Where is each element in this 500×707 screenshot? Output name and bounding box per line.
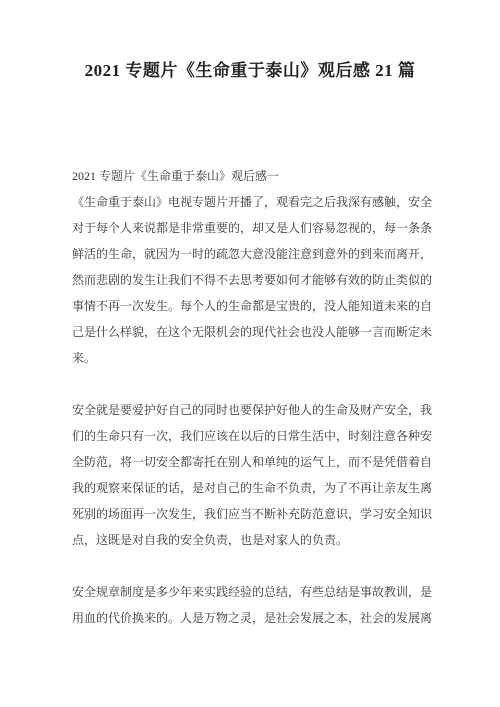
section-heading: 2021 专题片《生命重于泰山》观后感一 [72, 163, 432, 189]
document-body: 2021 专题片《生命重于泰山》观后感一 《生命重于泰山》电视专题片开播了，观看… [0, 163, 500, 631]
paragraph-1: 《生命重于泰山》电视专题片开播了，观看完之后我深有感触，安全对于每个人来说都是非… [72, 189, 432, 371]
document-page: 2021 专题片《生命重于泰山》观后感 21 篇 2021 专题片《生命重于泰山… [0, 0, 500, 707]
paragraph-3: 安全规章制度是多少年来实践经验的总结，有些总结是事故教训，是用血的代价换来的。人… [72, 579, 432, 631]
document-title: 2021 专题片《生命重于泰山》观后感 21 篇 [0, 0, 500, 84]
paragraph-2: 安全就是要爱护好自己的同时也要保护好他人的生命及财产安全，我们的生命只有一次，我… [72, 397, 432, 553]
